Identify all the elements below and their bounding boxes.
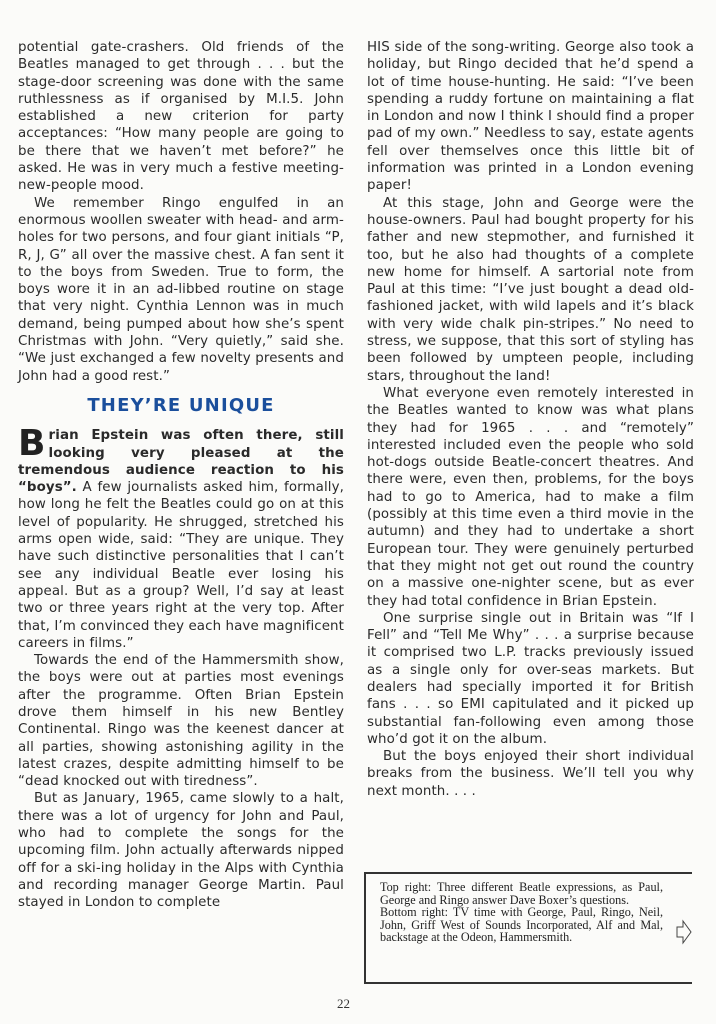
- lead-text: A few journalists asked him, formally, h…: [18, 480, 344, 651]
- page-number: 22: [337, 996, 350, 1012]
- caption-text: Top right: Three different Beatle expres…: [380, 881, 663, 944]
- caption-top-right: Top right: Three different Beatle expres…: [380, 881, 663, 906]
- body-paragraph: But the boys enjoyed their short individ…: [367, 748, 694, 800]
- lead-paragraph: Brian Epstein was often there, still loo…: [18, 427, 344, 652]
- body-paragraph: We remember Ringo engulfed in an enormou…: [18, 195, 344, 385]
- arrow-right-outline-icon: [676, 919, 692, 945]
- photo-caption-box: Top right: Three different Beatle expres…: [364, 872, 692, 984]
- body-paragraph: What everyone even remotely interested i…: [367, 385, 694, 610]
- right-column: HIS side of the song-writing. George als…: [367, 39, 694, 800]
- drop-cap: B: [18, 430, 46, 458]
- body-paragraph: HIS side of the song-writing. George als…: [367, 39, 694, 195]
- body-paragraph: At this stage, John and George were the …: [367, 195, 694, 385]
- left-column: potential gate-crashers. Old friends of …: [18, 39, 344, 912]
- body-paragraph: Towards the end of the Hammersmith show,…: [18, 652, 344, 790]
- body-paragraph: But as January, 1965, came slowly to a h…: [18, 790, 344, 911]
- caption-bottom-right: Bottom right: TV time with George, Paul,…: [380, 906, 663, 944]
- body-paragraph: One surprise single out in Britain was “…: [367, 610, 694, 748]
- body-paragraph: potential gate-crashers. Old friends of …: [18, 39, 344, 195]
- section-heading: THEY’RE UNIQUE: [18, 397, 344, 414]
